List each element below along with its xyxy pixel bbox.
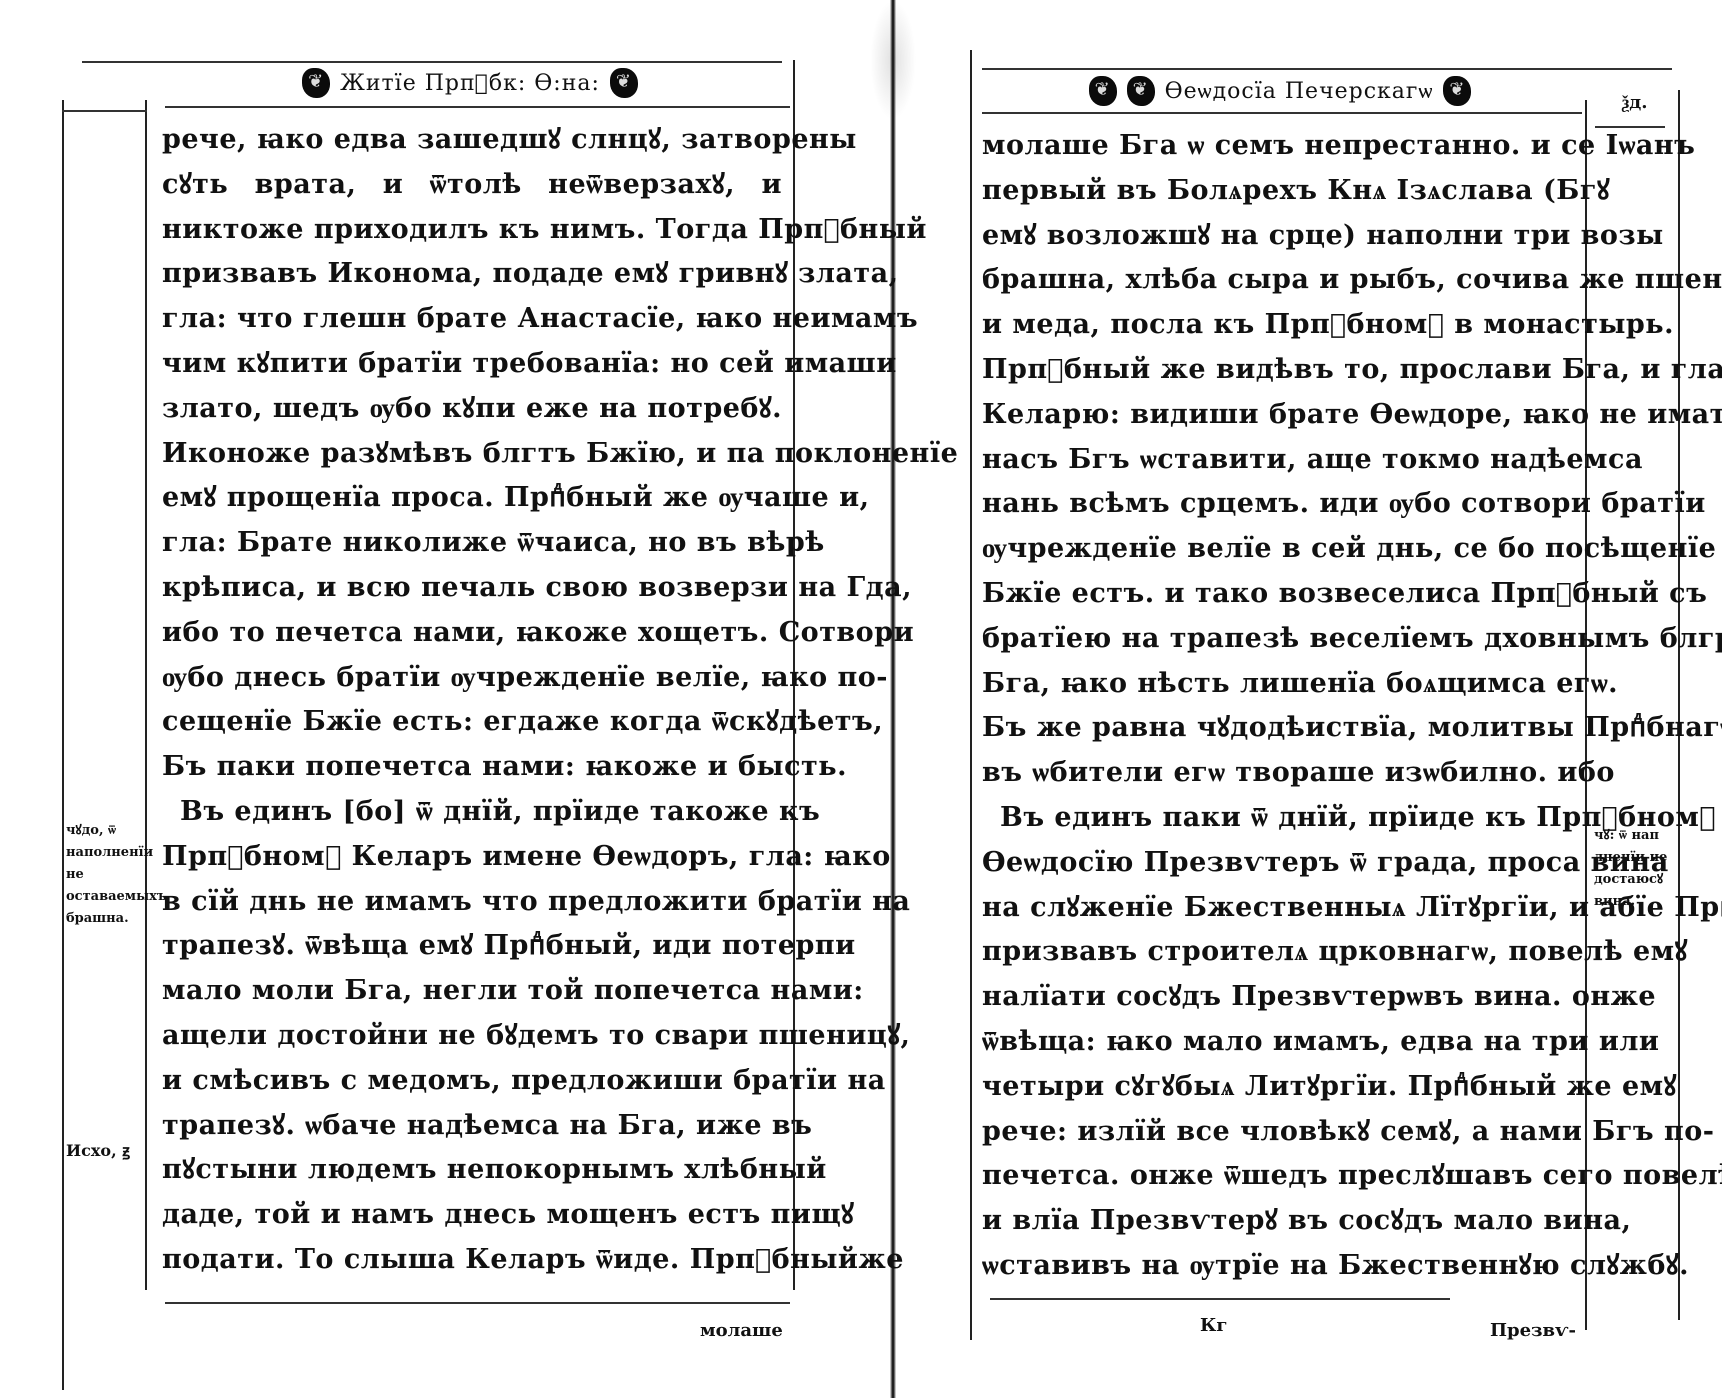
text-line: пꙋстыни людемъ непокорнымъ хлѣбный: [162, 1148, 782, 1193]
text-line: ѹбо днесь братїи ѹчрежденїе велїе, ꙗко п…: [162, 656, 782, 701]
right-page: Ѳеѡдосїа Печерскагѡ ѯд. молаше Бга ѡ сем…: [900, 0, 1722, 1398]
text-line: первый въ Болѧрехъ Кнѧ Ізѧслава (Бгꙋ: [982, 169, 1577, 214]
text-line: призвавъ строителѧ црковнагѡ, повелѣ емꙋ: [982, 930, 1577, 975]
running-head: Ѳеѡдосїа Печерскагѡ: [980, 70, 1580, 112]
text-line: въ ѡбители егѡ твораше изѡбилно. ибо: [982, 751, 1577, 796]
ornament-icon: [1127, 76, 1155, 106]
ornament-icon: [1089, 76, 1117, 106]
running-head: Житїе Прпⷣбк: Ѳ:на:: [150, 62, 790, 104]
left-margin-rule: [62, 110, 147, 112]
text-line: ащели достойни не бꙋдемъ то свари пшениц…: [162, 1014, 782, 1059]
left-page: Житїе Прпⷣбк: Ѳ:на: рече, ꙗко едва зашед…: [0, 0, 880, 1398]
margin-note: чꙋ: ѿ наплненїи недостаюсꙋвина.: [1594, 825, 1678, 913]
text-line: брашна, хлѣба сыра и рыбъ, сочива же пше…: [982, 258, 1577, 303]
margin-note-line: Исхо, ꙃ: [66, 1140, 146, 1162]
text-line: ѡставивъ на ѹтрїе на Бжественнꙋю слꙋжбꙋ.: [982, 1244, 1577, 1289]
text-line: насъ Бгъ ѡставити, аще токмо надѣемса: [982, 438, 1577, 483]
margin-note-line: не оставаемыхъ: [66, 864, 146, 908]
text-line: налїати сосꙋдъ Презвѵтерѡвъ вина. онже: [982, 975, 1577, 1020]
text-line: Въ единъ [бо] ѿ днїй, прїиде такоже къ: [162, 790, 782, 835]
ornament-icon: [302, 68, 330, 98]
ornament-icon: [610, 68, 638, 98]
margin-note-line: достаюсꙋ: [1594, 869, 1678, 891]
margin-note-line: чꙋдо, ѿ: [66, 820, 146, 842]
ornament-icon: [1443, 76, 1471, 106]
body-text: рече, ꙗко едва зашедшꙋ слнцꙋ, затвореныс…: [162, 118, 782, 1283]
margin-note-line: наполненїи: [66, 842, 146, 864]
text-line: гла: что глешн брате Анастасїе, ꙗко неим…: [162, 297, 782, 342]
margin-note-line: лненїи не: [1594, 847, 1678, 869]
text-line: трапезꙋ. ѡбаче надѣемса на Бга, иже въ: [162, 1104, 782, 1149]
text-line: Прпⷣбный же видѣвъ то, прослави Бга, и г…: [982, 348, 1577, 393]
text-line: емꙋ прощенїа проса. Прпⷣбный же ѹчаше и,: [162, 476, 782, 521]
text-line: нань всѣмъ срцемъ. иди ѹбо сотвори братї…: [982, 482, 1577, 527]
text-line: Прпⷣбномꙋ Келаръ имене Ѳеѡдоръ, гла: ꙗко: [162, 835, 782, 880]
right-folio-rule: [1595, 126, 1665, 128]
text-line: злато, шедъ ѹбо кꙋпи еже на потребꙋ.: [162, 387, 782, 432]
running-head-text: Житїе Прпⷣбк: Ѳ:на:: [340, 71, 600, 96]
text-line: Въ единъ паки ѿ днїй, прїиде къ Прпⷣбном…: [982, 796, 1577, 841]
text-line: и влїа Презвѵтерꙋ въ сосꙋдъ мало вина,: [982, 1199, 1577, 1244]
text-line: братїею на трапезѣ веселїемъ дховнымъ бл…: [982, 617, 1577, 662]
right-bottom-rule: [990, 1298, 1450, 1300]
text-line: молаше Бга ѡ семъ непрестанно. и се Іѡан…: [982, 124, 1577, 169]
signature-mark: Кг: [1200, 1315, 1227, 1336]
text-line: рече: излїй все чловѣкꙋ семꙋ, а нами Бгъ…: [982, 1110, 1577, 1155]
margin-note: чꙋдо, ѿнаполненїине оставаемыхъбрашна.: [66, 820, 146, 930]
text-line: четыри сꙋгꙋбыѧ Литꙋргїи. Прпⷣбный же емꙋ: [982, 1065, 1577, 1110]
text-line: Бжїе естъ. и тако возвеселиса Прпⷣбный с…: [982, 572, 1577, 617]
text-line: подати. То слыша Келаръ ѿиде. Прпⷣбныйже: [162, 1238, 782, 1283]
text-line: Бга, ꙗко нѣсть лишенїа боѧщимса егѡ.: [982, 662, 1577, 707]
margin-note-line: брашна.: [66, 908, 146, 930]
folio-number: ѯд.: [1622, 92, 1648, 113]
text-line: емꙋ возложшꙋ на срце) наполни три возы: [982, 214, 1577, 259]
text-line: ибо то печетса нами, ꙗкоже хощетъ. Сотво…: [162, 611, 782, 656]
catchword: молаше: [700, 1320, 783, 1341]
text-line: и меда, посла къ Прпⷣбномꙋ в монастырь.: [982, 303, 1577, 348]
text-line: и смѣсивъ с медомъ, предложиши братїи на: [162, 1059, 782, 1104]
text-line: призвавъ Иконома, подаде емꙋ гривнꙋ злат…: [162, 252, 782, 297]
text-line: ѹчрежденїе велїе в сей днь, се бо посѣще…: [982, 527, 1577, 572]
text-line: на слꙋженїе Бжественныѧ Лїтꙋргїи, и абїе…: [982, 886, 1577, 931]
right-inner-frame-line: [970, 50, 972, 1340]
text-line: даде, той и намъ днесь мощенъ естъ пищꙋ: [162, 1193, 782, 1238]
book-gutter: [890, 0, 896, 1398]
running-head-text: Ѳеѡдосїа Печерскагѡ: [1165, 78, 1434, 104]
body-text: молаше Бга ѡ семъ непрестанно. и се Іѡан…: [982, 124, 1577, 1289]
text-line: Ѳеѡдосїю Презвѵтеръ ѿ града, проса вина: [982, 841, 1577, 886]
text-line: никтоже приходилъ къ нимъ. Тогда Прпⷣбны…: [162, 208, 782, 253]
text-line: Бъ паки попечетса нами: ꙗкоже и бысть.: [162, 745, 782, 790]
text-line: мало моли Бга, негли той попечетса нами:: [162, 969, 782, 1014]
left-header-rule: [165, 106, 790, 108]
margin-note-line: чꙋ: ѿ нап: [1594, 825, 1678, 847]
text-line: ѿвѣща: ꙗко мало имамъ, едва на три или: [982, 1020, 1577, 1065]
text-line: гла: Брате николиже ѿчаиса, но въ вѣрѣ: [162, 521, 782, 566]
text-line: в сїй днь не имамъ что предложити братїи…: [162, 880, 782, 925]
catchword: Презвѵ-: [1490, 1320, 1576, 1341]
text-line: сꙋть врата, и ѿтолѣ неѿверзахꙋ, и: [162, 163, 782, 208]
right-header-rule: [982, 112, 1582, 114]
text-line: сещенїе Бжїе есть: егдаже когда ѿскꙋдѣет…: [162, 700, 782, 745]
text-line: чим кꙋпити братїи требованїа: но сей има…: [162, 342, 782, 387]
margin-note-line: вина.: [1594, 891, 1678, 913]
text-line: трапезꙋ. ѿвѣща емꙋ Прпⷣбный, иди потерпи: [162, 924, 782, 969]
left-margin-column-line: [145, 100, 147, 1290]
text-line: рече, ꙗко едва зашедшꙋ слнцꙋ, затворены: [162, 118, 782, 163]
text-line: крѣписа, и всю печаль свою возверзи на Г…: [162, 566, 782, 611]
margin-note: Исхо, ꙃ: [66, 1140, 146, 1162]
text-line: Келарю: видиши брате Ѳеѡдоре, ꙗко не има…: [982, 393, 1577, 438]
text-line: Бъ же равна чꙋдодѣиствїа, молитвы Прпⷣбн…: [982, 706, 1577, 751]
left-bottom-rule: [165, 1302, 790, 1304]
text-line: печетса. онже ѿшедъ преслꙋшавъ сего пове…: [982, 1154, 1577, 1199]
left-outer-frame-line: [62, 100, 64, 1390]
text-line: Иконоже разꙋмѣвъ блгтъ Бжїю, и па поклон…: [162, 432, 782, 477]
